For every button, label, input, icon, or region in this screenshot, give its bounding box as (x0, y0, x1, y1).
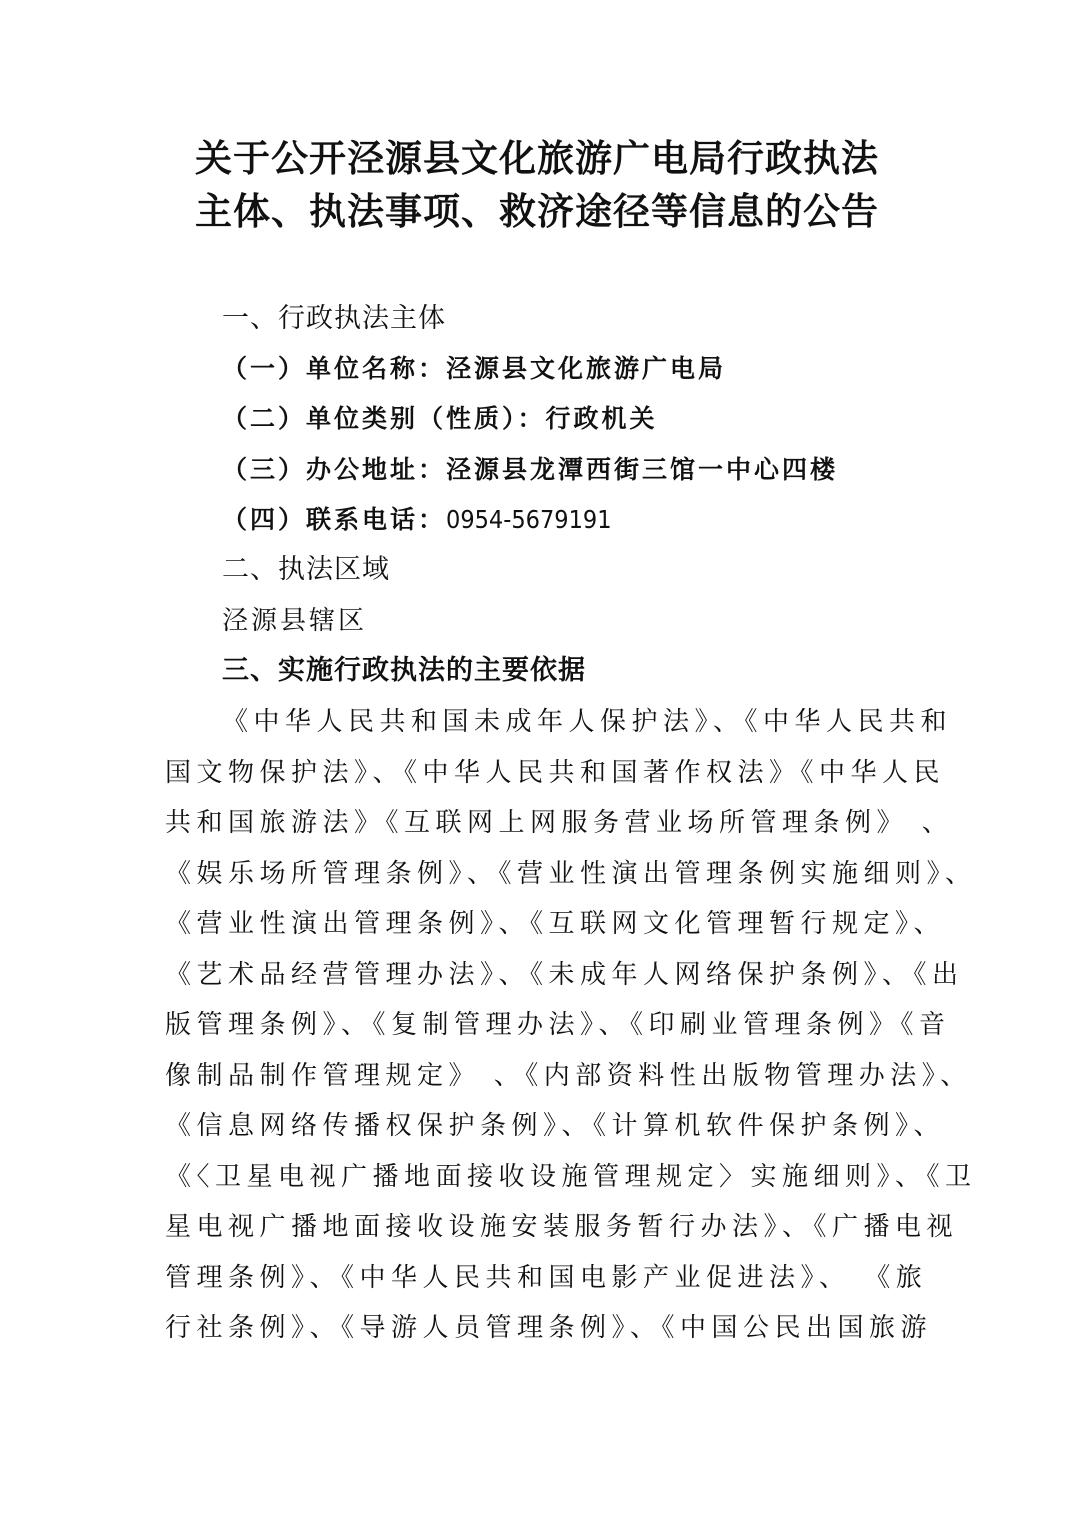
document-title-line-2: 主体、执法事项、救济途径等信息的公告 (150, 187, 924, 235)
unit-name-item: （一）单位名称：泾源县文化旅游广电局 (222, 351, 726, 387)
contact-phone-label: （四）联系电话： (222, 505, 446, 534)
legal-basis-line: 像制品制作管理规定》 、《内部资料性出版物管理办法》、 (165, 1058, 913, 1094)
legal-basis-line: 《信息网络传播权保护条例》、《计算机软件保护条例》、 (165, 1108, 913, 1144)
legal-basis-line: 《中华人民共和国未成年人保护法》、《中华人民共和 (222, 704, 913, 740)
unit-name-label: （一）单位名称： (222, 354, 446, 383)
contact-phone-item: （四）联系电话：0954-5679191 (222, 502, 612, 538)
enforcement-area-text: 泾源县辖区 (222, 603, 367, 639)
unit-category-label: （二）单位类别（性质）： (222, 404, 546, 433)
legal-basis-line: 版管理条例》、《复制管理办法》、《印刷业管理条例》《音 (165, 1007, 913, 1043)
unit-category-value: 行政机关 (546, 404, 658, 433)
legal-basis-line: 《营业性演出管理条例》、《互联网文化管理暂行规定》、 (165, 906, 913, 942)
legal-basis-line: 管理条例》、《中华人民共和国电影产业促进法》、 《旅 (165, 1260, 913, 1296)
legal-basis-line: 行社条例》、《导游人员管理条例》、《中国公民出国旅游 (165, 1310, 913, 1346)
legal-basis-line: 《娱乐场所管理条例》、《营业性演出管理条例实施细则》、 (165, 856, 913, 892)
contact-phone-value: 0954-5679191 (446, 505, 612, 534)
section-heading-legal-basis: 三、实施行政执法的主要依据 (222, 653, 586, 689)
legal-basis-line: 《艺术品经营管理办法》、《未成年人网络保护条例》、《出 (165, 957, 913, 993)
unit-name-value: 泾源县文化旅游广电局 (446, 354, 726, 383)
legal-basis-line: 星电视广播地面接收设施安装服务暂行办法》、《广播电视 (165, 1209, 913, 1245)
legal-basis-line: 《〈卫星电视广播地面接收设施管理规定〉实施细则》、《卫 (165, 1159, 913, 1195)
section-heading-enforcement-subject: 一、行政执法主体 (222, 301, 446, 337)
office-address-item: （三）办公地址：泾源县龙潭西街三馆一中心四楼 (222, 452, 838, 488)
document-title-line-1: 关于公开泾源县文化旅游广电局行政执法 (150, 134, 924, 182)
unit-category-item: （二）单位类别（性质）：行政机关 (222, 401, 658, 437)
section-heading-enforcement-area: 二、执法区域 (222, 552, 390, 588)
legal-basis-line: 共和国旅游法》《互联网上网服务营业场所管理条例》 、 (165, 805, 913, 841)
document-page: 关于公开泾源县文化旅游广电局行政执法 主体、执法事项、救济途径等信息的公告 一、… (0, 0, 1074, 1520)
office-address-label: （三）办公地址： (222, 455, 446, 484)
legal-basis-line: 国文物保护法》、《中华人民共和国著作权法》《中华人民 (165, 755, 913, 791)
office-address-value: 泾源县龙潭西街三馆一中心四楼 (446, 455, 838, 484)
